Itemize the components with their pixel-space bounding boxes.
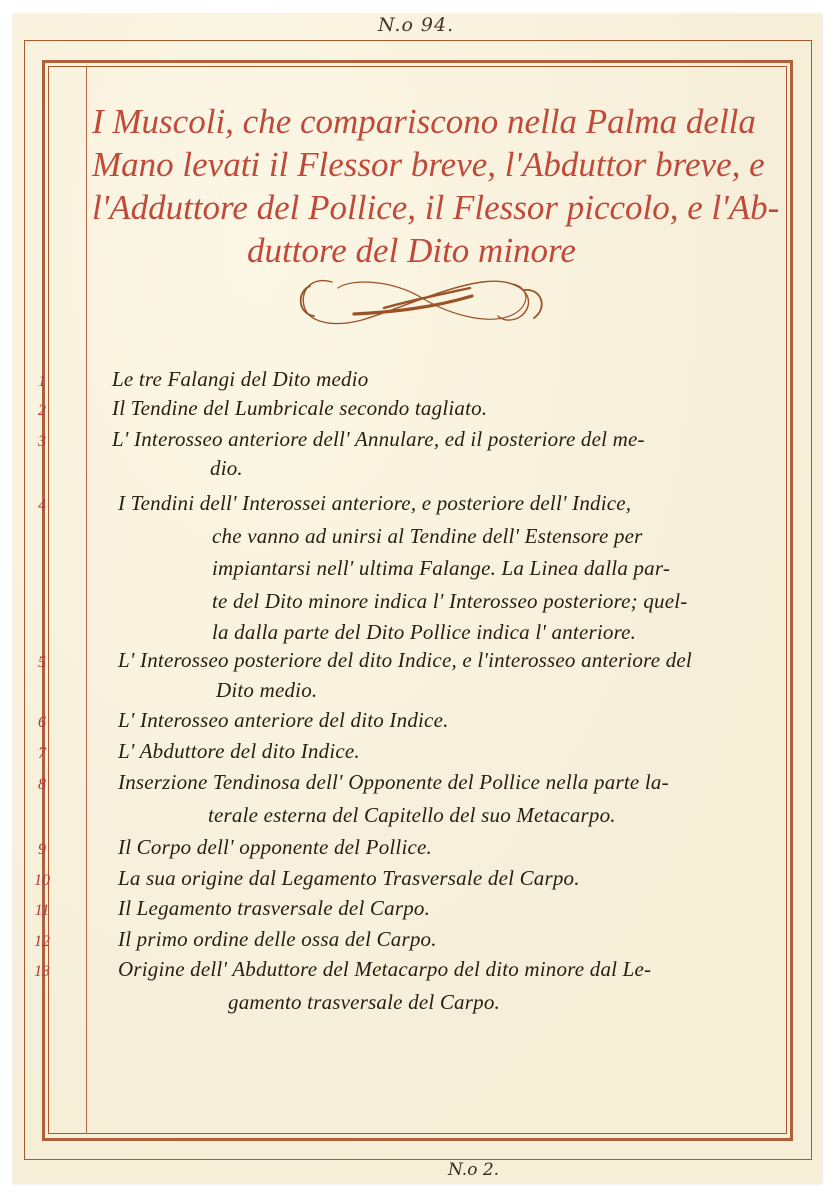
entry-number: 3: [27, 433, 57, 451]
entry-number: 2: [27, 402, 57, 420]
entry-number: 13: [27, 963, 57, 981]
entry-text: la dalla parte del Dito Pollice indica l…: [212, 620, 636, 645]
entry-text: L' Interosseo anteriore dell' Annulare, …: [112, 427, 645, 452]
entry-text: L' Interosseo posteriore del dito Indice…: [118, 648, 692, 673]
calligraphic-flourish-icon: [292, 268, 552, 334]
entry-text: Origine dell' Abduttore del Metacarpo de…: [118, 957, 651, 982]
entry-text: te del Dito minore indica l' Interosseo …: [212, 589, 687, 614]
title-line: duttore del Dito minore: [92, 229, 788, 272]
entry-text: Dito medio.: [216, 678, 317, 703]
entry-number: 1: [27, 373, 57, 391]
entry-text: La sua origine dal Legamento Trasversale…: [118, 866, 580, 891]
entry-number: 12: [27, 933, 57, 951]
entry-text: L' Abduttore del dito Indice.: [118, 739, 360, 764]
entry-number: 11: [27, 902, 57, 920]
entry-text: I Tendini dell' Interossei anteriore, e …: [118, 491, 631, 516]
entry-text: Il Tendine del Lumbricale secondo taglia…: [112, 396, 487, 421]
entry-text: impiantarsi nell' ultima Falange. La Lin…: [212, 556, 670, 581]
page-title: I Muscoli, che compariscono nella Palma …: [92, 100, 788, 272]
entry-text: che vanno ad unirsi al Tendine dell' Est…: [212, 524, 643, 549]
entry-text: gamento trasversale del Carpo.: [228, 990, 500, 1015]
entry-text: Il Legamento trasversale del Carpo.: [118, 896, 430, 921]
entry-number: 7: [27, 745, 57, 763]
entry-text: dio.: [210, 456, 243, 481]
title-line: Mano levati il Flessor breve, l'Abduttor…: [92, 143, 788, 186]
folio-number-bottom: N.o 2.: [448, 1160, 499, 1180]
entry-number: 6: [27, 714, 57, 732]
entry-text: L' Interosseo anteriore del dito Indice.: [118, 708, 449, 733]
entry-number: 5: [27, 654, 57, 672]
entry-text: Inserzione Tendinosa dell' Opponente del…: [118, 770, 669, 795]
numeral-column-divider: [86, 66, 87, 1134]
entry-number: 9: [27, 841, 57, 859]
entry-text: Le tre Falangi del Dito medio: [112, 367, 368, 392]
entry-text: Il Corpo dell' opponente del Pollice.: [118, 835, 432, 860]
entry-number: 8: [27, 776, 57, 794]
folio-number-top: N.o 94.: [378, 14, 454, 36]
entry-text: terale esterna del Capitello del suo Met…: [208, 803, 616, 828]
entry-text: Il primo ordine delle ossa del Carpo.: [118, 927, 437, 952]
entry-number: 4: [27, 497, 57, 515]
title-line: I Muscoli, che compariscono nella Palma …: [92, 100, 788, 143]
entry-number: 10: [27, 872, 57, 890]
title-line: l'Adduttore del Pollice, il Flessor picc…: [92, 186, 788, 229]
